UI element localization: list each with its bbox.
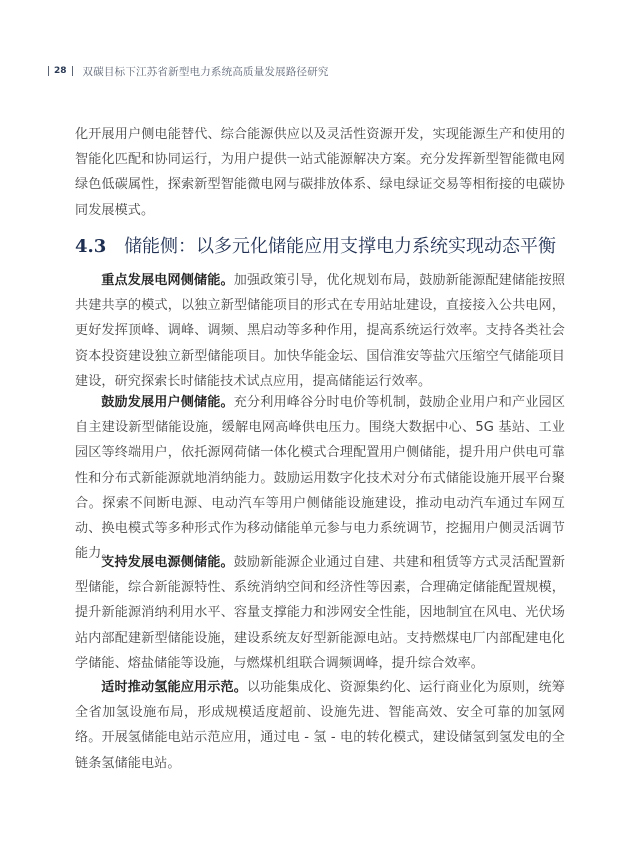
intro-paragraph: 化开展用户侧电能替代、综合能源供应以及灵活性资源开发，实现能源生产和使用的智能化…	[75, 122, 565, 223]
paragraph-lead: 鼓励发展用户侧储能。	[101, 395, 234, 410]
paragraph-text: 充分利用峰谷分时电价等机制，鼓励企业用户和产业园区自主建设新型储能设施，缓解电网…	[75, 395, 565, 561]
paragraph-block-hydrogen: 适时推动氢能应用示范。以功能集成化、资源集约化、运行商业化为原则，统筹全省加氢设…	[75, 675, 565, 776]
section-number: 4.3	[75, 236, 106, 257]
section-heading: 4.3 储能侧：以多元化储能应用支撑电力系统实现动态平衡	[75, 232, 556, 258]
running-header: 28 双碳目标下江苏省新型电力系统高质量发展路径研究	[48, 64, 329, 78]
paragraph-lead: 适时推动氢能应用示范。	[101, 680, 247, 695]
paragraph-block-source-storage: 支持发展电源侧储能。鼓励新能源企业通过自建、共建和租赁等方式灵活配置新型储能，综…	[75, 550, 565, 676]
paragraph-lead: 重点发展电网侧储能。	[101, 273, 234, 288]
paragraph: 重点发展电网侧储能。加强政策引导，优化规划布局，鼓励新能源配建储能按照共建共享的…	[75, 268, 565, 394]
paragraph: 支持发展电源侧储能。鼓励新能源企业通过自建、共建和租赁等方式灵活配置新型储能，综…	[75, 550, 565, 676]
paragraph-block-grid-storage: 重点发展电网侧储能。加强政策引导，优化规划布局，鼓励新能源配建储能按照共建共享的…	[75, 268, 565, 394]
paragraph-text: 鼓励新能源企业通过自建、共建和租赁等方式灵活配置新型储能，综合新能源特性、系统消…	[75, 555, 565, 671]
divider	[72, 66, 73, 76]
paragraph-block-user-storage: 鼓励发展用户侧储能。充分利用峰谷分时电价等机制，鼓励企业用户和产业园区自主建设新…	[75, 390, 565, 566]
running-title: 双碳目标下江苏省新型电力系统高质量发展路径研究	[83, 64, 329, 79]
section-title: 储能侧：以多元化储能应用支撑电力系统实现动态平衡	[124, 236, 556, 257]
divider	[48, 66, 49, 76]
paragraph-lead: 支持发展电源侧储能。	[101, 555, 234, 570]
paragraph: 适时推动氢能应用示范。以功能集成化、资源集约化、运行商业化为原则，统筹全省加氢设…	[75, 675, 565, 776]
intro-paragraph-block: 化开展用户侧电能替代、综合能源供应以及灵活性资源开发，实现能源生产和使用的智能化…	[75, 122, 565, 223]
paragraph-text: 加强政策引导，优化规划布局，鼓励新能源配建储能按照共建共享的模式，以独立新型储能…	[75, 273, 565, 389]
page-number: 28	[54, 66, 67, 76]
paragraph: 鼓励发展用户侧储能。充分利用峰谷分时电价等机制，鼓励企业用户和产业园区自主建设新…	[75, 390, 565, 566]
